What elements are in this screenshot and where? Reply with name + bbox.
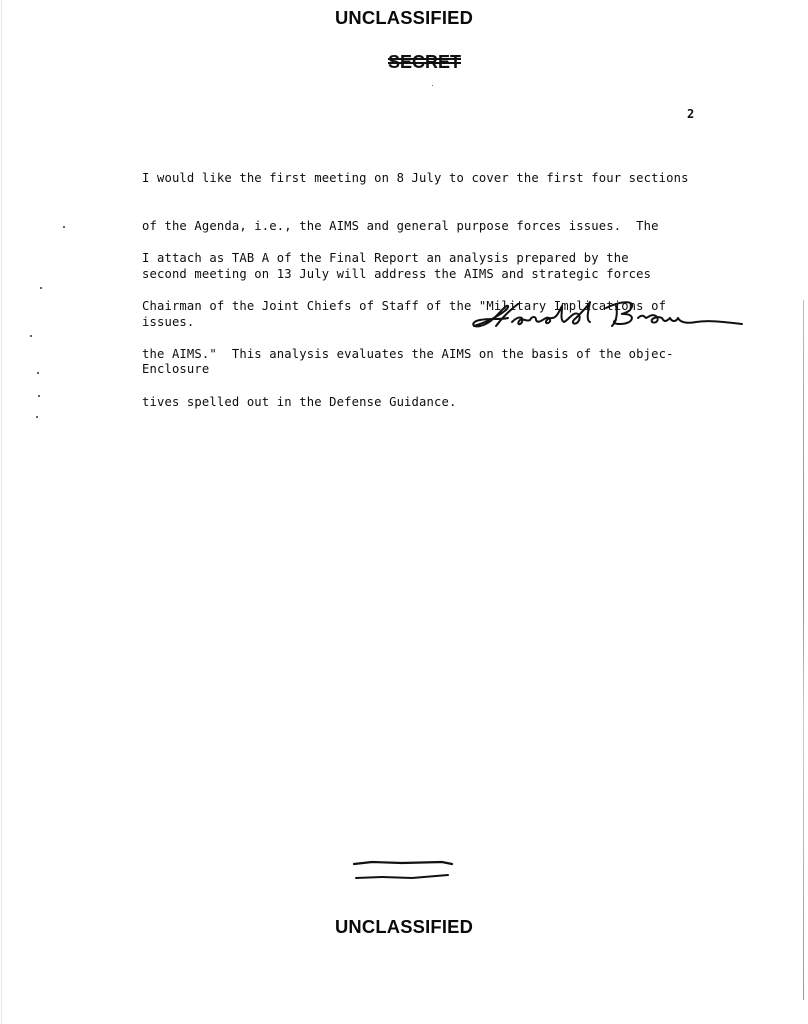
scan-speck (63, 226, 65, 228)
struck-secret-marking: SECRET (388, 52, 461, 73)
paragraph-line: tives spelled out in the Defense Guidanc… (142, 394, 674, 410)
redaction-strike-marks (352, 858, 462, 886)
signature-harold-brown (466, 296, 746, 336)
scan-speck (30, 335, 32, 337)
paragraph-line: I would like the first meeting on 8 July… (142, 170, 689, 186)
scan-speck (40, 287, 42, 289)
scan-left-edge (1, 0, 2, 1024)
classification-stamp-top: UNCLASSIFIED (0, 8, 808, 29)
scan-right-edge (803, 300, 804, 1000)
page-number: 2 (687, 107, 694, 121)
enclosure-label: Enclosure (142, 361, 209, 377)
scan-speck (37, 372, 39, 374)
paragraph-line: I attach as TAB A of the Final Report an… (142, 250, 674, 266)
paragraph-line: the AIMS." This analysis evaluates the A… (142, 346, 674, 362)
scan-speck (36, 416, 38, 418)
scan-speck (432, 85, 433, 86)
scan-speck (38, 395, 40, 397)
classification-stamp-bottom: UNCLASSIFIED (0, 917, 808, 938)
